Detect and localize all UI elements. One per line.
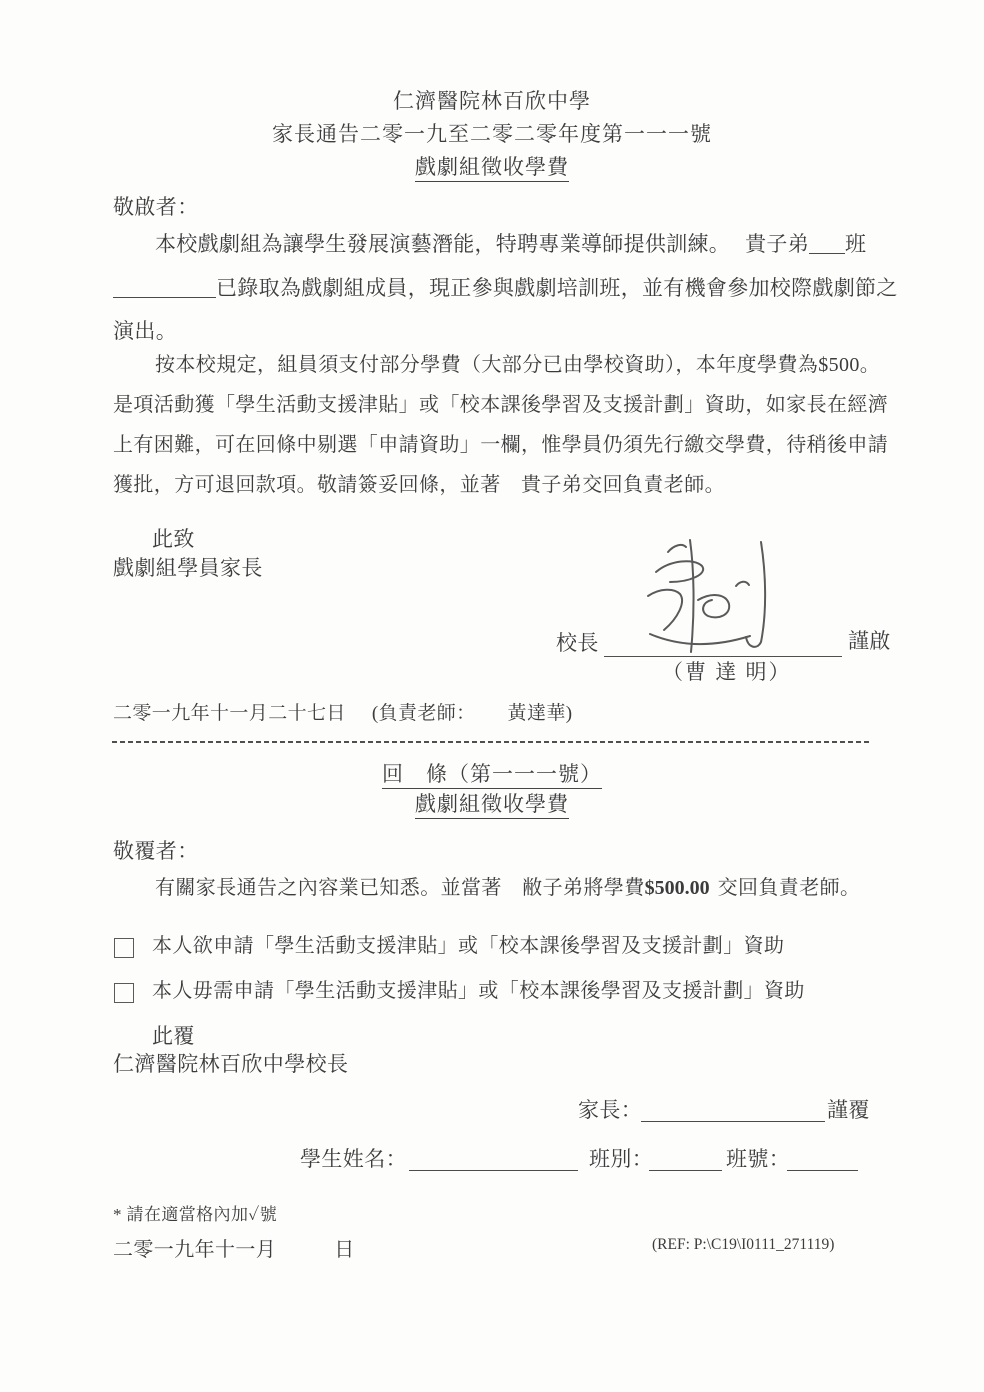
scanned-notice-page: 仁濟醫院林百欣中學 家長通告二零一九至二零二零年度第一一一號 戲劇組徵收學費 敬…	[0, 0, 984, 1392]
class-blank-top[interactable]	[809, 232, 845, 254]
reply-date-day: 日	[334, 1239, 354, 1261]
para2-line1: 按本校規定，組員須支付部分學費（大部分已由學校資助），本年度學費為$500。	[113, 353, 880, 378]
para1-line2: 已錄取為戲劇組成員，現正參與戲劇培訓班，並有機會參加校際戲劇節之	[113, 275, 898, 301]
student-name-label: 學生姓名：	[300, 1146, 407, 1172]
class-blank[interactable]	[649, 1170, 722, 1171]
class-number-blank[interactable]	[787, 1170, 858, 1171]
principal-signoff: 謹啟	[848, 628, 891, 654]
tick-footnote: * 請在適當格內加✓號	[113, 1204, 277, 1225]
reply-date-month: 二零一九年十一月	[113, 1239, 276, 1261]
school-name: 仁濟醫院林百欣中學	[0, 88, 984, 114]
student-name-blank-top[interactable]	[113, 276, 216, 298]
student-name-blank[interactable]	[409, 1170, 578, 1171]
cut-dashed-separator	[112, 741, 870, 743]
principal-name: （曹 達 明）	[662, 659, 792, 685]
principal-label: 校長	[556, 630, 599, 656]
reply-slip-subject: 戲劇組徵收學費	[0, 791, 984, 817]
reply-date-line: 二零一九年十一月日	[113, 1238, 355, 1263]
issue-date: 二零一九年十一月二十七日	[113, 703, 346, 724]
parent-label: 家長：	[578, 1097, 642, 1123]
reply-body: 有關家長通告之內容業已知悉。並當著 敝子弟將學費$500.00交回負責老師。	[155, 876, 860, 901]
reply-slip-title: 回 條（第一一一號）	[0, 761, 984, 787]
checkbox-apply-subsidy[interactable]	[114, 938, 134, 958]
option-apply-subsidy-label: 本人欲申請「學生活動支援津貼」或「校本課後學習及支援計劃」資助	[152, 934, 784, 959]
salutation: 敬啟者：	[113, 194, 199, 220]
issue-date-line: 二零一九年十一月二十七日(負責老師：黃達華)	[113, 702, 572, 726]
para1-line3: 演出。	[113, 318, 177, 344]
parent-signoff: 謹覆	[827, 1097, 870, 1123]
ref-number: (REF: P:\C19\I0111_271119)	[652, 1235, 834, 1254]
para2-line3: 上有困難，可在回條中剔選「申請資助」一欄，惟學員仍須先行繳交學費，待稍後申請	[113, 433, 888, 458]
checkbox-no-subsidy[interactable]	[114, 983, 134, 1003]
teacher-name: 黃達華)	[508, 703, 573, 724]
fee-amount: $500.00	[645, 877, 710, 899]
option-no-subsidy-label: 本人毋需申請「學生活動支援津貼」或「校本課後學習及支援計劃」資助	[152, 979, 805, 1004]
class-label: 班別：	[589, 1146, 653, 1172]
para1-line1: 本校戲劇組為讓學生發展演藝潛能，特聘專業導師提供訓練。貴子弟班	[113, 231, 866, 257]
class-number-label: 班號：	[726, 1146, 790, 1172]
reply-salutation: 敬覆者：	[113, 838, 199, 864]
teacher-label: (負責老師：	[372, 703, 476, 724]
this-reply: 此覆	[152, 1023, 195, 1049]
principal-signature-line	[604, 656, 842, 657]
notice-addressee: 戲劇組學員家長	[113, 555, 263, 581]
principal-signature-image	[598, 534, 808, 659]
parent-signature-blank[interactable]	[641, 1121, 825, 1122]
reply-addressee: 仁濟醫院林百欣中學校長	[113, 1051, 348, 1077]
this-to: 此致	[152, 526, 195, 552]
para2-line4: 獲批，方可退回款項。敬請簽妥回條，並著 貴子弟交回負責老師。	[113, 473, 725, 498]
notice-number: 家長通告二零一九至二零二零年度第一一一號	[0, 121, 984, 147]
para2-line2: 是項活動獲「學生活動支援津貼」或「校本課後學習及支援計劃」資助，如家長在經濟	[113, 393, 888, 418]
notice-subject: 戲劇組徵收學費	[0, 154, 984, 180]
